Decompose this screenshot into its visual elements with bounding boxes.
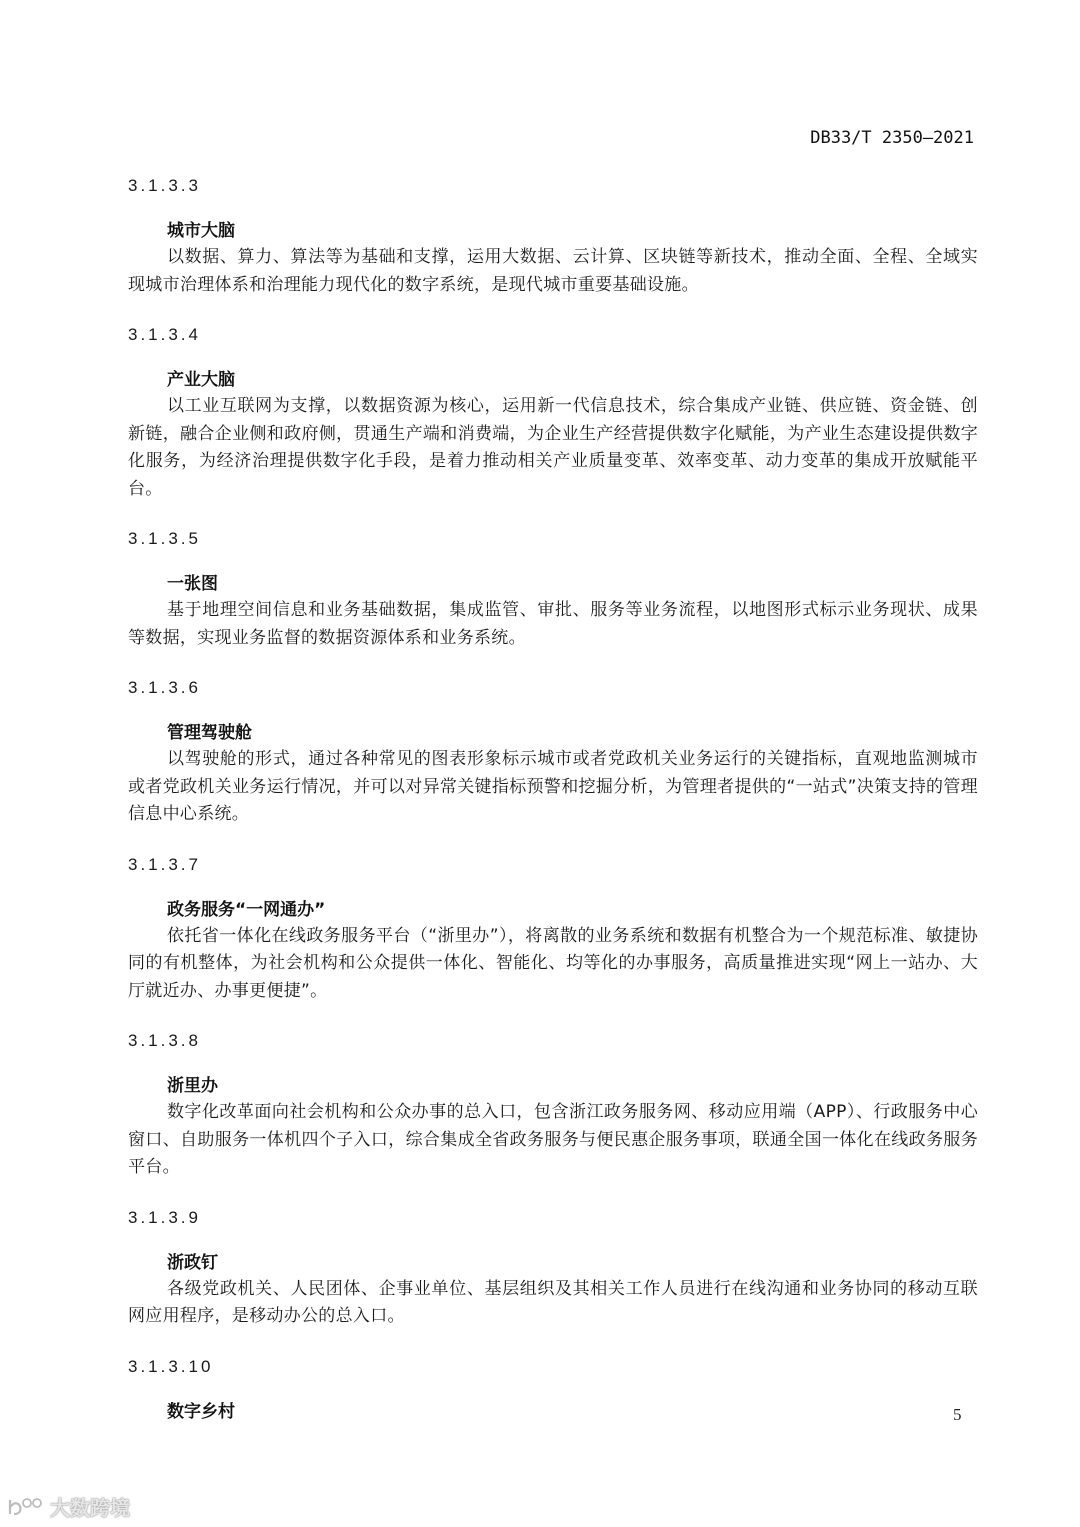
term-title: 管理驾驶舱	[128, 720, 978, 746]
clause-number: 3.1.3.7	[128, 853, 978, 877]
term-definition: 以驾驶舱的形式，通过各种常见的图表形象标示城市或者党政机关业务运行的关键指标，直…	[128, 746, 978, 829]
term-definition: 各级党政机关、人民团体、企事业单位、基层组织及其相关工作人员进行在线沟通和业务协…	[128, 1276, 978, 1331]
clause-number: 3.1.3.10	[128, 1355, 978, 1379]
term-definition: 以数据、算力、算法等为基础和支撑，运用大数据、云计算、区块链等新技术，推动全面、…	[128, 244, 978, 299]
clause-3-1-3-5: 3.1.3.5 一张图 基于地理空间信息和业务基础数据，集成监管、审批、服务等业…	[128, 527, 978, 652]
term-definition: 以工业互联网为支撑，以数据资源为核心，运用新一代信息技术，综合集成产业链、供应链…	[128, 393, 978, 503]
term-title: 一张图	[128, 571, 978, 597]
logo-icon	[6, 1496, 46, 1518]
term-title: 浙里办	[128, 1073, 978, 1099]
clause-3-1-3-3: 3.1.3.3 城市大脑 以数据、算力、算法等为基础和支撑，运用大数据、云计算、…	[128, 174, 978, 299]
clause-number: 3.1.3.8	[128, 1029, 978, 1053]
term-title: 政务服务“一网通办”	[128, 897, 978, 923]
clause-number: 3.1.3.3	[128, 174, 978, 198]
page-number: 5	[953, 1405, 962, 1425]
term-title: 浙政钉	[128, 1250, 978, 1276]
clause-3-1-3-10: 3.1.3.10 数字乡村	[128, 1355, 978, 1425]
clause-3-1-3-8: 3.1.3.8 浙里办 数字化改革面向社会机构和公众办事的总入口，包含浙江政务服…	[128, 1029, 978, 1182]
term-title: 产业大脑	[128, 367, 978, 393]
document-body: 3.1.3.3 城市大脑 以数据、算力、算法等为基础和支撑，运用大数据、云计算、…	[128, 174, 978, 1449]
clause-number: 3.1.3.6	[128, 676, 978, 700]
clause-3-1-3-4: 3.1.3.4 产业大脑 以工业互联网为支撑，以数据资源为核心，运用新一代信息技…	[128, 323, 978, 503]
clause-3-1-3-6: 3.1.3.6 管理驾驶舱 以驾驶舱的形式，通过各种常见的图表形象标示城市或者党…	[128, 676, 978, 829]
clause-3-1-3-9: 3.1.3.9 浙政钉 各级党政机关、人民团体、企事业单位、基层组织及其相关工作…	[128, 1206, 978, 1331]
term-definition: 基于地理空间信息和业务基础数据，集成监管、审批、服务等业务流程，以地图形式标示业…	[128, 597, 978, 652]
term-title: 城市大脑	[128, 218, 978, 244]
term-definition: 数字化改革面向社会机构和公众办事的总入口，包含浙江政务服务网、移动应用端（APP…	[128, 1099, 978, 1182]
clause-number: 3.1.3.9	[128, 1206, 978, 1230]
standard-code-header: DB33/T 2350—2021	[810, 128, 974, 148]
watermark-text: 大数跨境	[50, 1492, 130, 1521]
term-definition: 依托省一体化在线政务服务平台（“浙里办”），将离散的业务系统和数据有机整合为一个…	[128, 923, 978, 1006]
clause-3-1-3-7: 3.1.3.7 政务服务“一网通办” 依托省一体化在线政务服务平台（“浙里办”）…	[128, 853, 978, 1006]
term-title: 数字乡村	[128, 1399, 978, 1425]
clause-number: 3.1.3.4	[128, 323, 978, 347]
watermark: 大数跨境	[6, 1492, 130, 1521]
clause-number: 3.1.3.5	[128, 527, 978, 551]
